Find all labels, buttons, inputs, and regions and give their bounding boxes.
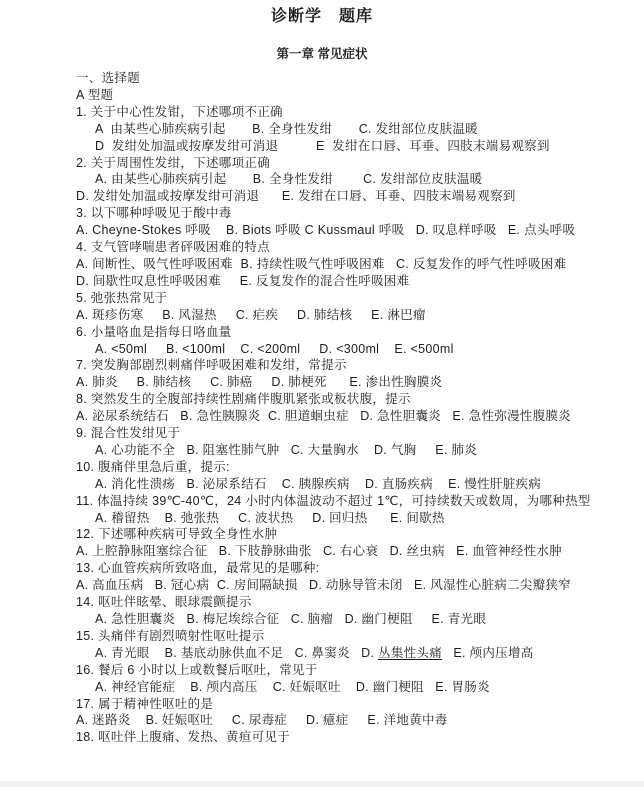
q9-options: A. 心功能不全 B. 阻塞性肺气肿 C. 大量胸水 D. 气胸 E. 肺炎	[0, 442, 644, 459]
q5-options: A. 斑疹伤寒 B. 风湿热 C. 疟疾 D. 肺结核 E. 淋巴瘤	[0, 307, 644, 324]
question-type-label: A 型题	[0, 87, 644, 104]
q2-options-abc: A. 由某些心肺疾病引起 B. 全身性发绀 C. 发绀部位皮肤温暖	[0, 171, 644, 188]
document-body: 一、选择题A 型题1. 关于中心性发钳，下述哪项不正确A 由某些心肺疾病引起 B…	[0, 70, 644, 746]
q7-stem: 7. 突发胸部剧烈刺痛伴呼吸困难和发绀，常提示	[0, 357, 644, 374]
q7-options: A. 肺炎 B. 肺结核 C. 肺癌 D. 肺梗死 E. 渗出性胸膜炎	[0, 374, 644, 391]
q15-stem: 15. 头痛伴有剧烈喷射性呕吐提示	[0, 628, 644, 645]
document-title: 诊断学 题库	[0, 7, 644, 27]
q9-stem: 9. 混合性发绀见于	[0, 425, 644, 442]
q4-options-de: D. 间歇性叹息性呼吸困难 E. 反复发作的混合性呼吸困难	[0, 273, 644, 290]
q1-stem: 1. 关于中心性发钳，下述哪项不正确	[0, 104, 644, 121]
q2-stem: 2. 关于周围性发绀，下述哪项正确	[0, 155, 644, 172]
q17-stem: 17. 属于精神性呕吐的是	[0, 696, 644, 713]
q14-stem: 14. 呕吐伴眩晕、眼球震颤提示	[0, 594, 644, 611]
document-page: { "colors": { "page_background": "#fffff…	[0, 0, 644, 787]
q10-options: A. 消化性溃疡 B. 泌尿系结石 C. 胰腺疾病 D. 直肠疾病 E. 慢性肝…	[0, 476, 644, 493]
q12-options: A. 上腔静脉阻塞综合征 B. 下肢静脉曲张 C. 右心衰 D. 丝虫病 E. …	[0, 543, 644, 560]
q11-stem: 11. 体温持续 39℃-40℃，24 小时内体温波动不超过 1℃，可持续数天或…	[0, 493, 644, 510]
underlined-answer: 丛集性头痛	[378, 646, 442, 660]
q12-stem: 12. 下述哪种疾病可导致全身性水肿	[0, 526, 644, 543]
q18-stem: 18. 呕吐伴上腹痛、发热、黄疸可见于	[0, 729, 644, 746]
q17-options: A. 迷路炎 B. 妊娠呕吐 C. 尿毒症 D. 癔症 E. 洋地黄中毒	[0, 712, 644, 729]
chapter-heading: 第一章 常见症状	[0, 47, 644, 61]
page-bottom-edge	[0, 781, 644, 787]
q8-options: A. 泌尿系统结石 B. 急性胰腺炎 C. 胆道蛔虫症 D. 急性胆囊炎 E. …	[0, 408, 644, 425]
q10-stem: 10. 腹痛伴里急后重，提示:	[0, 459, 644, 476]
q5-stem: 5. 弛张热常见于	[0, 290, 644, 307]
q6-stem: 6. 小量咯血是指每日咯血量	[0, 324, 644, 341]
q1-options-abc: A 由某些心肺疾病引起 B. 全身性发绀 C. 发绀部位皮肤温暖	[0, 121, 644, 138]
q3-stem: 3. 以下哪种呼吸见于酸中毒	[0, 205, 644, 222]
q3-options: A. Cheyne-Stokes 呼吸 B. Biots 呼吸 C Kussma…	[0, 222, 644, 239]
q4-stem: 4. 支气管哮喘患者砰吸困难的特点	[0, 239, 644, 256]
q11-options: A. 稽留热 B. 弛张热 C. 波状热 D. 回归热 E. 间歇热	[0, 510, 644, 527]
q14-options: A. 急性胆囊炎 B. 梅尼埃综合征 C. 脑瘤 D. 幽门梗阻 E. 青光眼	[0, 611, 644, 628]
q16-options: A. 神经官能症 B. 颅内高压 C. 妊娠呕吐 D. 幽门梗阻 E. 胃肠炎	[0, 679, 644, 696]
section-label: 一、选择题	[0, 70, 644, 87]
q8-stem: 8. 突然发生的全腹部持续性剧痛伴腹肌紧张或板状腹，提示	[0, 391, 644, 408]
q16-stem: 16. 餐后 6 小时以上或数餐后呕吐，常见于	[0, 662, 644, 679]
q6-options: A. <50ml B. <100ml C. <200ml D. <300ml E…	[0, 341, 644, 358]
q2-options-de: D. 发绀处加温或按摩发绀可消退 E. 发绀在口唇、耳垂、四肢末端易观察到	[0, 188, 644, 205]
q4-options-abc: A. 间断性、吸气性呼吸困难 B. 持续性吸气性呼吸困难 C. 反复发作的呼气性…	[0, 256, 644, 273]
q15-options: A. 青光眼 B. 基底动脉供血不足 C. 鼻窦炎 D. 丛集性头痛 E. 颅内…	[0, 645, 644, 662]
q13-stem: 13. 心血管疾病所致咯血，最常见的是哪种:	[0, 560, 644, 577]
q13-options: A. 高血压病 B. 冠心病 C. 房间隔缺损 D. 动脉导管未闭 E. 风湿性…	[0, 577, 644, 594]
q1-options-de: D 发绀处加温或按摩发绀可消退 E 发绀在口唇、耳垂、四肢末端易观察到	[0, 138, 644, 155]
